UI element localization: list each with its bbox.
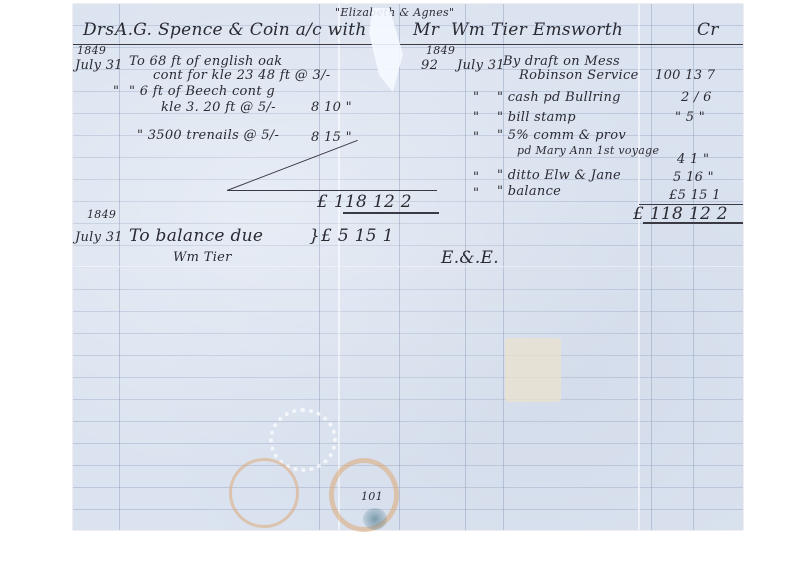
- credit-ditto: ": [473, 90, 479, 105]
- credit-amount: £5 15 1: [669, 188, 721, 203]
- debit-ditto: ": [113, 84, 119, 99]
- debit-desc: To 68 ft of english oak: [129, 54, 282, 69]
- fold-crease: [73, 266, 743, 268]
- credit-desc: " balance: [497, 184, 561, 199]
- postmark-circle: [229, 458, 299, 528]
- debit-desc-cont: kle 3. 20 ft @ 5/-: [161, 100, 276, 115]
- debit-amount: 8 15 ": [311, 130, 352, 145]
- debit-amount: 8 10 ": [311, 100, 352, 115]
- credit-desc: " ditto Elw & Jane: [497, 168, 621, 183]
- paper-tear: [369, 8, 403, 92]
- ledger-sheet: "Elizabeth & Agnes" Drs A.G. Spence & Co…: [73, 4, 743, 530]
- credit-ditto: ": [473, 170, 479, 185]
- debit-desc: " 6 ft of Beech cont g: [129, 84, 275, 99]
- credit-total: £ 118 12 2: [633, 204, 728, 224]
- ink-blot: [363, 508, 387, 530]
- balance-date: July 31: [75, 230, 123, 245]
- header-rule: [73, 44, 743, 45]
- account-with: in a/c with: [273, 20, 367, 40]
- credit-amount: 4 1 ": [677, 152, 709, 167]
- credit-ditto: ": [473, 110, 479, 125]
- balance-signed: Wm Tier: [173, 250, 232, 265]
- credit-desc: " bill stamp: [497, 110, 576, 125]
- credit-date: July 31: [457, 58, 505, 73]
- credit-amount: " 5 ": [675, 110, 705, 125]
- balance-amount: £ 5 15 1: [321, 226, 394, 246]
- total-underline: [343, 212, 439, 214]
- total-underline: [643, 222, 743, 224]
- balance-brace: }: [309, 226, 320, 246]
- debit-desc: " 3500 trenails @ 5/-: [137, 128, 279, 143]
- dr-label: Drs: [83, 20, 114, 40]
- credit-amount: 5 16 ": [673, 170, 714, 185]
- credit-desc: By draft on Mess: [503, 54, 620, 69]
- credit-year: 1849: [426, 44, 455, 57]
- credit-desc-cont: Robinson Service: [519, 68, 639, 83]
- balance-desc: To balance due: [129, 226, 263, 246]
- debit-year: 1849: [77, 44, 106, 57]
- credit-desc-cont: pd Mary Ann 1st voyage: [517, 144, 659, 157]
- credit-desc: " 5% comm & prov: [497, 128, 626, 143]
- debit-amount: 92: [421, 58, 438, 73]
- debit-date: July 31: [75, 58, 123, 73]
- vessel-name: "Elizabeth & Agnes": [335, 6, 454, 19]
- credit-amount: 2 / 6: [681, 90, 712, 105]
- debtor-name: A.G. Spence & Co: [115, 20, 274, 40]
- initials-signature: E.&.E.: [441, 248, 499, 268]
- credit-desc: " cash pd Bullring: [497, 90, 621, 105]
- credit-amount: 100 13 7: [655, 68, 715, 83]
- stamp-number: 101: [361, 490, 383, 503]
- balance-year: 1849: [87, 208, 116, 221]
- credit-ditto: ": [473, 186, 479, 201]
- cr-label: Cr: [697, 20, 719, 40]
- strike-line: [227, 190, 437, 191]
- paper-repair-patch: [505, 338, 561, 402]
- creditor-name: Wm Tier Emsworth: [451, 20, 623, 40]
- mr-label: Mr: [413, 20, 439, 40]
- debit-desc-cont: cont for kle 23 48 ft @ 3/-: [153, 68, 330, 83]
- credit-ditto: ": [473, 130, 479, 145]
- debit-total: £ 118 12 2: [317, 192, 412, 212]
